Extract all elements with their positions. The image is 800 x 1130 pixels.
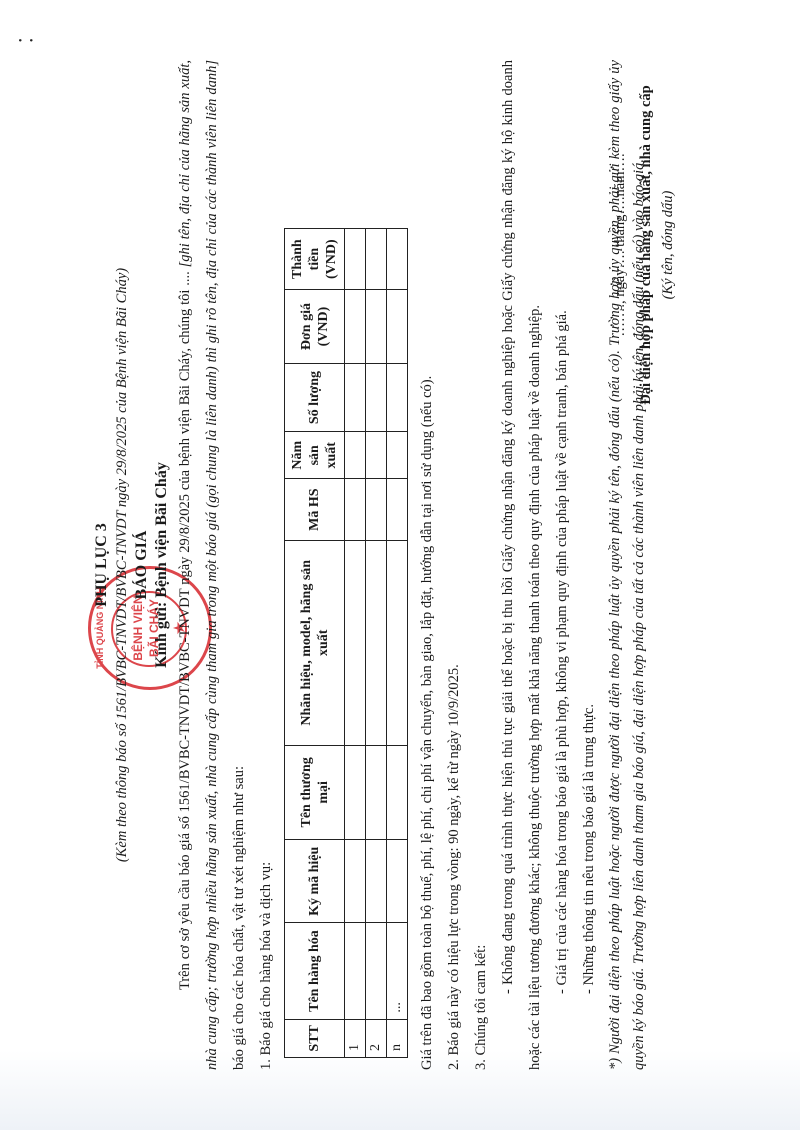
table-cell: [387, 840, 408, 923]
table-cell: ...: [387, 923, 408, 1019]
table-cell: [387, 541, 408, 746]
commitment-1: - Không đang trong quá trình thực hiện t…: [495, 60, 549, 1070]
table-cell: [345, 541, 366, 746]
table-cell: [345, 840, 366, 923]
table-cell: [366, 363, 387, 432]
addressee: Kính gửi: Bệnh viện Bãi Cháy: [152, 60, 172, 1070]
table-cell: [387, 229, 408, 290]
table-cell: [345, 229, 366, 290]
quotation-table: STT Tên hàng hóa Ký mã hiệu Tên thương m…: [284, 228, 408, 1058]
section-2-validity: 2. Báo giá này có hiệu lực trong vòng: 9…: [441, 60, 468, 1070]
table-row: n...: [387, 229, 408, 1058]
signature-title: Đại diện hợp pháp của hãng sản xuất, nhà…: [638, 80, 655, 410]
table-cell: [387, 432, 408, 479]
table-cell: [366, 840, 387, 923]
appendix-heading: PHỤ LỤC 3: [92, 60, 112, 1070]
attachment-note: (Kèm theo thông báo số 1561/BVBC-TNVDT/B…: [112, 60, 132, 1070]
table-cell: [366, 479, 387, 541]
price-note: Giá trên đã bao gồm toàn bộ thuế, phí, l…: [414, 60, 441, 1070]
signature-date-line: ……., ngày…. tháng….năm….: [612, 80, 629, 410]
table-cell: [345, 432, 366, 479]
table-cell: [345, 363, 366, 432]
document-page: • • TỈNH QUẢNG NINH BỆNH VIỆN BÃI CHÁY ★…: [0, 0, 800, 1130]
table-cell: 1: [345, 1019, 366, 1057]
table-cell: [366, 432, 387, 479]
intro-paragraph: Trên cơ sở yêu cầu báo giá số 1561/BVBC-…: [172, 60, 253, 1070]
commitment-3: - Những thông tin nêu trong báo giá là t…: [576, 60, 603, 1070]
section-3-heading: 3. Chúng tôi cam kết:: [468, 60, 495, 1070]
table-cell: [366, 290, 387, 363]
table-cell: 2: [366, 1019, 387, 1057]
scan-marks: • •: [16, 0, 38, 42]
table-cell: [387, 363, 408, 432]
commitment-2: - Giá trị của các hàng hóa trong báo giá…: [549, 60, 576, 1070]
table-cell: [366, 229, 387, 290]
signature-note: (Ký tên, đóng dấu): [660, 80, 677, 410]
table-cell: [366, 541, 387, 746]
section-1-heading: 1. Báo giá cho hàng hóa và dịch vụ:: [253, 60, 280, 1070]
table-cell: [387, 745, 408, 840]
table-cell: [345, 290, 366, 363]
table-cell: [366, 923, 387, 1019]
table-header-row: STT Tên hàng hóa Ký mã hiệu Tên thương m…: [285, 229, 345, 1058]
table-cell: [345, 479, 366, 541]
document-title: BÁO GIÁ: [132, 60, 152, 1070]
table-cell: [387, 290, 408, 363]
table-cell: n: [387, 1019, 408, 1057]
table-cell: [387, 479, 408, 541]
table-row: 2: [366, 229, 387, 1058]
table-cell: [345, 745, 366, 840]
table-row: 1: [345, 229, 366, 1058]
table-cell: [366, 745, 387, 840]
table-cell: [345, 923, 366, 1019]
